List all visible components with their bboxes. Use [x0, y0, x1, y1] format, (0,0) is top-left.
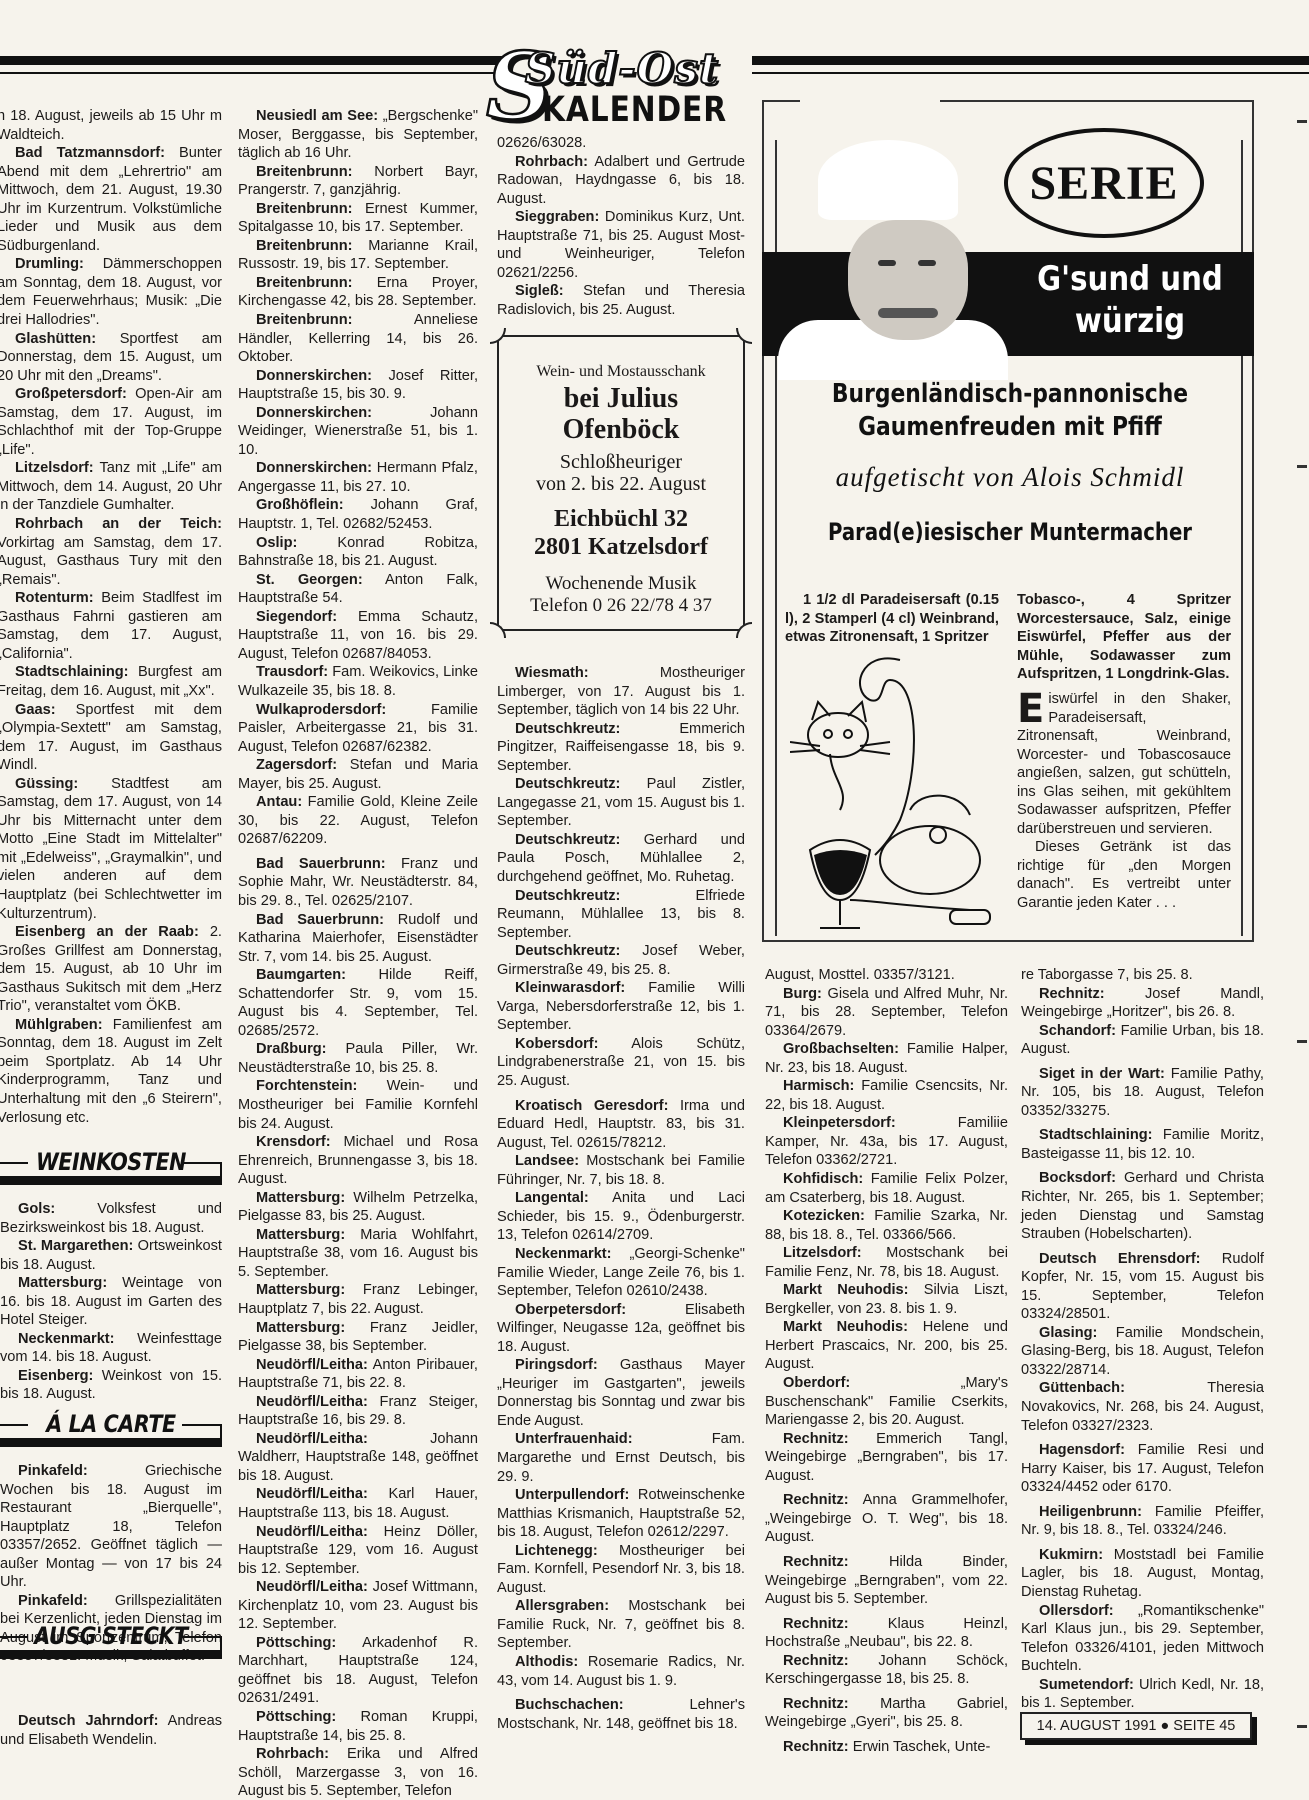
listing-entry: Donnerskirchen: Josef Ritter, Hauptstraß…: [238, 367, 478, 404]
listing-entry: Buchschachen: Lehner's Mostschank, Nr. 1…: [497, 1696, 745, 1733]
place-name: Rechnitz:: [1039, 986, 1105, 1002]
place-name: Rechnitz:: [783, 1739, 849, 1755]
issue-date: 14. AUGUST 1991: [1037, 1718, 1157, 1734]
listing-entry: Rechnitz: Erwin Taschek, Unte-: [765, 1738, 1008, 1757]
listing-entry: Sumetendorf: Ulrich Kedl, Nr. 18, bis 1.…: [1021, 1676, 1264, 1713]
listing-entry: Glashütten: Sportfest am Donnerstag, dem…: [0, 330, 222, 386]
place-name: Gols:: [18, 1201, 55, 1217]
place-name: Sigleß:: [515, 283, 564, 299]
place-name: Deutschkreutz:: [515, 943, 620, 959]
place-name: Kleinpetersdorf:: [783, 1115, 896, 1131]
listing-entry: Unterfrauenhaid: Fam. Margarethe und Ern…: [497, 1430, 745, 1486]
place-name: Sumetendorf:: [1039, 1677, 1134, 1693]
listing-entry: Pöttsching: Roman Kruppi, Hauptstraße 14…: [238, 1708, 478, 1745]
listing-entry: Sigleß: Stefan und Theresia Radislovich,…: [497, 282, 745, 319]
listing-entry: Wiesmath: Mostheuriger Limberger, von 17…: [497, 664, 745, 720]
place-name: Rechnitz:: [783, 1616, 849, 1632]
header-rule-right-thin: [752, 72, 1309, 74]
listing-entry: Glasing: Familie Mondschein, Glasing-Ber…: [1021, 1324, 1264, 1380]
ad-line: Wein- und Mostausschank: [499, 363, 743, 381]
listing-entry: Heiligenbrunn: Familie Pfeiffer, Nr. 9, …: [1021, 1503, 1264, 1540]
recipe-note: Dieses Getränk ist das richtige für „den…: [1017, 838, 1231, 912]
listing-entry: Breitenbrunn: Anneliese Händler, Kellerr…: [238, 311, 478, 367]
header-rule-left-thin: [0, 72, 510, 74]
recipe-ingredients-left: 1 1/2 dl Paradeisersaft (0.15 l), 2 Stam…: [785, 591, 999, 647]
place-name: Rechnitz:: [783, 1696, 849, 1712]
place-name: Draßburg:: [256, 1041, 327, 1057]
listing-entry: Neudörfl/Leitha: Anton Piribauer, Haupts…: [238, 1356, 478, 1393]
place-name: Harmisch:: [783, 1078, 854, 1094]
place-name: Markt Neuhodis:: [783, 1282, 909, 1298]
listing-entry: Markt Neuhodis: Silvia Liszt, Bergkeller…: [765, 1281, 1008, 1318]
listing-entry: Deutschkreutz: Paul Zistler, Langegasse …: [497, 775, 745, 831]
listing-entry: 02626/63028.: [497, 134, 745, 153]
listing-entry: Siget in der Wart: Familie Pathy, Nr. 10…: [1021, 1065, 1264, 1121]
place-name: Güttenbach:: [1039, 1380, 1125, 1396]
ad-address: Eichbüchl 322801 Katzelsdorf: [499, 505, 743, 561]
listing-entry: Krensdorf: Michael und Rosa Ehrenreich, …: [238, 1133, 478, 1189]
listing-entry: Burg: Gisela und Alfred Muhr, Nr. 71, bi…: [765, 985, 1008, 1041]
listing-entry: Kleinwarasdorf: Familie Willi Varga, Neb…: [497, 979, 745, 1035]
listing-entry: Breitenbrunn: Erna Proyer, Kirchengasse …: [238, 274, 478, 311]
place-name: Rohrbach:: [515, 154, 588, 170]
listing-entry: Deutsch Ehrensdorf: Rudolf Kopfer, Nr. 1…: [1021, 1250, 1264, 1324]
place-name: St. Margarethen:: [18, 1238, 133, 1254]
place-name: Mattersburg:: [256, 1282, 345, 1298]
listing-entry: Mattersburg: Maria Wohlfahrt, Hauptstraß…: [238, 1226, 478, 1282]
place-name: Oberpetersdorf:: [515, 1302, 626, 1318]
header-rule-left: [0, 56, 510, 65]
section-header-alacarte: Á LA CARTE: [0, 1410, 222, 1450]
place-name: Piringsdorf:: [515, 1357, 598, 1373]
place-name: Neudörfl/Leitha:: [256, 1524, 368, 1540]
listing-entry: Donnerskirchen: Johann Weidinger, Wiener…: [238, 404, 478, 460]
listing-entry: Kobersdorf: Alois Schütz, Lindgrabenerst…: [497, 1035, 745, 1091]
place-name: Neudörfl/Leitha:: [256, 1394, 368, 1410]
serie-band-title: G'sund und würzig: [1035, 258, 1224, 342]
section-header-weinkosten: WEINKOSTEN: [0, 1148, 222, 1188]
place-name: Heiligenbrunn:: [1039, 1504, 1142, 1520]
listing-entry: Stadtschlaining: Burgfest am Freitag, de…: [0, 663, 222, 700]
place-name: Deutschkreutz:: [515, 832, 620, 848]
listing-entry: Neusiedl am See: „Bergschenke" Moser, Be…: [238, 107, 478, 163]
place-name: Zagersdorf:: [256, 757, 337, 773]
place-name: Neudörfl/Leitha:: [256, 1431, 368, 1447]
listing-entry: Althodis: Rosemarie Radics, Nr. 43, vom …: [497, 1653, 745, 1690]
place-name: Kohfidisch:: [783, 1171, 863, 1187]
page-footer: 14. AUGUST 1991 ● SEITE 45: [1020, 1712, 1252, 1740]
listing-entry: Rechnitz: Johann Schöck, Kerschingergass…: [765, 1652, 1008, 1689]
place-name: Rohrbach:: [256, 1746, 329, 1762]
listing-entry: Gols: Volksfest und Bezirksweinkost bis …: [0, 1200, 222, 1237]
listing-entry: Großpetersdorf: Open-Air am Samstag, dem…: [0, 385, 222, 459]
listing-entry: Langental: Anita und Laci Schieder, bis …: [497, 1189, 745, 1245]
place-name: Rechnitz:: [783, 1554, 849, 1570]
place-name: Breitenbrunn:: [256, 275, 352, 291]
listing-entry: Rohrbach an der Teich: Vorkirtag am Sams…: [0, 515, 222, 589]
page-number: SEITE 45: [1173, 1718, 1235, 1734]
place-name: Bocksdorf:: [1039, 1170, 1116, 1186]
place-name: Allersgraben:: [515, 1598, 609, 1614]
listing-entry: Donnerskirchen: Hermann Pfalz, Angergass…: [238, 459, 478, 496]
place-name: Unterpullendorf:: [515, 1487, 629, 1503]
listing-entry: Hagensdorf: Familie Resi und Harry Kaise…: [1021, 1441, 1264, 1497]
listing-entry: Drumling: Dämmerschoppen am Sonntag, dem…: [0, 255, 222, 329]
listing-entry: Sieggraben: Dominikus Kurz, Unt. Hauptst…: [497, 208, 745, 282]
place-name: Oslip:: [256, 535, 297, 551]
listing-entry: Kotezicken: Familie Szarka, Nr. 88, bis …: [765, 1207, 1008, 1244]
place-name: Lichtenegg:: [515, 1543, 598, 1559]
listing-entry: Draßburg: Paula Piller, Wr. Neustädterst…: [238, 1040, 478, 1077]
listing-entry: Trausdorf: Fam. Weikovics, Linke Wulkaze…: [238, 663, 478, 700]
listing-entry: Bad Sauerbrunn: Rudolf und Katharina Mai…: [238, 911, 478, 967]
listing-entry: Großhöflein: Johann Graf, Hauptstr. 1, T…: [238, 496, 478, 533]
place-name: Wiesmath:: [515, 665, 589, 681]
column-1-events: n 18. August, jeweils ab 15 Uhr m Waldte…: [0, 107, 222, 1127]
ad-contact: Wochenende MusikTelefon 0 26 22/78 4 37: [499, 573, 743, 617]
place-name: Rohrbach an der Teich:: [15, 516, 222, 532]
recipe-ingredients-right: Tobasco-, 4 Spritzer Worcestersauce, Sal…: [1017, 591, 1231, 684]
place-name: Breitenbrunn:: [256, 164, 352, 180]
section-header-ausgsteckt: AUSG'STECKT: [0, 1622, 222, 1662]
place-name: Schandorf:: [1039, 1023, 1116, 1039]
ad-name: bei JuliusOfenböck: [499, 383, 743, 445]
listing-entry: Neudörfl/Leitha: Johann Waldherr, Haupts…: [238, 1430, 478, 1486]
place-name: Breitenbrunn:: [256, 238, 352, 254]
place-name: Pöttsching:: [256, 1635, 336, 1651]
listing-entry: Antau: Familie Gold, Kleine Zeile 30, bi…: [238, 793, 478, 849]
listing-entry: Güttenbach: Theresia Novakovics, Nr. 268…: [1021, 1379, 1264, 1435]
place-name: Antau:: [256, 794, 302, 810]
serie-stamp: SERIE: [1004, 128, 1204, 238]
column-2-heurigen: Neusiedl am See: „Bergschenke" Moser, Be…: [238, 107, 478, 1800]
place-name: Glashütten:: [15, 331, 96, 347]
place-name: Oberdorf:: [783, 1375, 850, 1391]
place-name: Landsee:: [515, 1153, 579, 1169]
listing-entry: Markt Neuhodis: Helene und Herbert Prasc…: [765, 1318, 1008, 1374]
recipe-title: Parad(e)iesischer Muntermacher: [821, 516, 1198, 548]
place-name: Krensdorf:: [256, 1134, 331, 1150]
column-3-top: 02626/63028.Rohrbach: Adalbert und Gertr…: [497, 134, 745, 319]
listing-entry: Allersgraben: Mostschank bei Familie Ruc…: [497, 1597, 745, 1653]
listing-entry: Mühlgraben: Familienfest am Sonntag, dem…: [0, 1016, 222, 1127]
place-name: Mattersburg:: [256, 1190, 345, 1206]
listing-entry: Oberpetersdorf: Elisabeth Wilfinger, Neu…: [497, 1301, 745, 1357]
recipe-method: E iswürfel in den Shaker, Paradeisersaft…: [1017, 690, 1231, 912]
listing-entry: Rechnitz: Martha Gabriel, Weingebirge „G…: [765, 1695, 1008, 1732]
place-name: Rechnitz:: [783, 1431, 849, 1447]
place-name: Neudörfl/Leitha:: [256, 1486, 368, 1502]
place-name: Litzelsdorf:: [15, 460, 94, 476]
place-name: Bad Sauerbrunn:: [256, 856, 386, 872]
place-name: Güssing:: [15, 776, 78, 792]
place-name: Unterfrauenhaid:: [515, 1431, 633, 1447]
listing-entry: Stadtschlaining: Familie Moritz, Basteig…: [1021, 1126, 1264, 1163]
place-name: Gaas:: [15, 702, 56, 718]
listing-entry: Mattersburg: Franz Lebinger, Hauptplatz …: [238, 1281, 478, 1318]
place-name: Kleinwarasdorf:: [515, 980, 625, 996]
listing-entry: Gaas: Sportfest mit dem „Olympia-Sextett…: [0, 701, 222, 775]
place-name: Deutschkreutz:: [515, 888, 620, 904]
drop-cap: E: [1017, 692, 1044, 726]
place-name: Deutsch Ehrensdorf:: [1039, 1251, 1201, 1267]
listing-entry: Rechnitz: Hilda Binder, Weingebirge „Ber…: [765, 1553, 1008, 1609]
listing-entry: August, Mosttel. 03357/3121.: [765, 966, 1008, 985]
listing-entry: n 18. August, jeweils ab 15 Uhr m Waldte…: [0, 107, 222, 144]
place-name: St. Georgen:: [256, 572, 363, 588]
place-name: Kotezicken:: [783, 1208, 865, 1224]
place-name: Kukmirn:: [1039, 1547, 1103, 1563]
listing-entry: Neckenmarkt: „Georgi-Schenke" Familie Wi…: [497, 1245, 745, 1301]
listing-entry: Ollersdorf: „Romantikschenke" Karl Klaus…: [1021, 1602, 1264, 1676]
place-name: Glasing:: [1039, 1325, 1097, 1341]
place-name: Mattersburg:: [18, 1275, 107, 1291]
place-name: Kroatisch Geresdorf:: [515, 1098, 668, 1114]
place-name: Trausdorf:: [256, 664, 328, 680]
chef-photo: [778, 180, 998, 370]
listing-entry: Rechnitz: Josef Mandl, Weingebirge „Hori…: [1021, 985, 1264, 1022]
listing-entry: Bocksdorf: Gerhard und Christa Richter, …: [1021, 1169, 1264, 1243]
listing-entry: Litzelsdorf: Mostschank bei Familie Fenz…: [765, 1244, 1008, 1281]
place-name: Mattersburg:: [256, 1227, 345, 1243]
ausgsteckt-list: Deutsch Jahrndorf: Andreas und Elisabeth…: [0, 1712, 222, 1749]
serie-byline: aufgetischt von Alois Schmidl: [780, 462, 1240, 493]
place-name: Breitenbrunn:: [256, 201, 352, 217]
place-name: Mattersburg:: [256, 1320, 345, 1336]
column-3-bottom: Wiesmath: Mostheuriger Limberger, von 17…: [497, 664, 745, 1733]
advertisement-ofenboeck: Wein- und Mostausschank bei JuliusOfenbö…: [497, 335, 745, 631]
place-name: Forchtenstein:: [256, 1078, 357, 1094]
place-name: Neusiedl am See:: [256, 108, 378, 124]
place-name: Donnerskirchen:: [256, 405, 372, 421]
place-name: Neudörfl/Leitha:: [256, 1357, 368, 1373]
place-name: Mühlgraben:: [15, 1017, 103, 1033]
listing-entry: Schandorf: Familie Urban, bis 18. August…: [1021, 1022, 1264, 1059]
place-name: Althodis:: [515, 1654, 578, 1670]
listing-entry: Mattersburg: Wilhelm Petrzelka, Pielgass…: [238, 1189, 478, 1226]
listing-entry: Mattersburg: Franz Jeidler, Pielgasse 38…: [238, 1319, 478, 1356]
place-name: Neckenmarkt:: [18, 1331, 115, 1347]
listing-entry: Kroatisch Geresdorf: Irma und Eduard Hed…: [497, 1097, 745, 1153]
listing-entry: St. Georgen: Anton Falk, Hauptstraße 54.: [238, 571, 478, 608]
place-name: Drumling:: [15, 256, 84, 272]
listing-entry: Deutschkreutz: Emmerich Pingitzer, Raiff…: [497, 720, 745, 776]
listing-entry: Rechnitz: Anna Grammelhofer, „Weingebirg…: [765, 1491, 1008, 1547]
listing-entry: Deutschkreutz: Josef Weber, Girmerstraße…: [497, 942, 745, 979]
place-name: Hagensdorf:: [1039, 1442, 1125, 1458]
place-name: Eisenberg an der Raab:: [15, 924, 199, 940]
place-name: Pöttsching:: [256, 1709, 336, 1725]
place-name: Donnerskirchen:: [256, 460, 372, 476]
section-title: Á LA CARTE: [16, 1410, 207, 1438]
listing-entry: Landsee: Mostschank bei Familie Führinge…: [497, 1152, 745, 1189]
place-name: Wulkaprodersdorf:: [256, 702, 386, 718]
place-name: Stadtschlaining:: [15, 664, 129, 680]
listing-entry: Bad Tatzmannsdorf: Bunter Abend mit dem …: [0, 144, 222, 255]
listing-entry: Piringsdorf: Gasthaus Mayer „Heuriger im…: [497, 1356, 745, 1430]
listing-entry: Großbachselten: Familie Halper, Nr. 23, …: [765, 1040, 1008, 1077]
column-5-mostschank: re Taborgasse 7, bis 25. 8.Rechnitz: Jos…: [1021, 966, 1264, 1713]
listing-entry: Eisenberg an der Raab: 2. Großes Grillfe…: [0, 923, 222, 1016]
place-name: Deutschkreutz:: [515, 721, 620, 737]
header-rule-right: [752, 56, 1309, 65]
listing-entry: Oberdorf: „Mary's Buschenschank" Familie…: [765, 1374, 1008, 1430]
listing-entry: Mattersburg: Weintage von 16. bis 18. Au…: [0, 1274, 222, 1330]
listing-entry: Pinkafeld: Griechische Wochen bis 18. Au…: [0, 1462, 222, 1592]
place-name: Siegendorf:: [256, 609, 337, 625]
place-name: Rechnitz:: [783, 1492, 849, 1508]
place-name: Kobersdorf:: [515, 1036, 599, 1052]
place-name: Neudörfl/Leitha:: [256, 1579, 368, 1595]
place-name: Baumgarten:: [256, 967, 346, 983]
listing-entry: Kleinpetersdorf: Familiie Kamper, Nr. 43…: [765, 1114, 1008, 1170]
listing-entry: Baumgarten: Hilde Reiff, Schattendorfer …: [238, 966, 478, 1040]
listing-entry: Deutsch Jahrndorf: Andreas und Elisabeth…: [0, 1712, 222, 1749]
place-name: Rotenturm:: [15, 590, 94, 606]
place-name: Deutschkreutz:: [515, 776, 620, 792]
masthead-script: Süd-Ost: [525, 44, 719, 93]
listing-entry: Neudörfl/Leitha: Franz Steiger, Hauptstr…: [238, 1393, 478, 1430]
place-name: Bad Tatzmannsdorf:: [15, 145, 165, 161]
listing-entry: Kukmirn: Moststadl bei Familie Lagler, b…: [1021, 1546, 1264, 1602]
place-name: Markt Neuhodis:: [783, 1319, 908, 1335]
place-name: Breitenbrunn:: [256, 312, 352, 328]
listing-entry: Rotenturm: Beim Stadlfest im Gasthaus Fa…: [0, 589, 222, 663]
place-name: Burg:: [783, 986, 822, 1002]
place-name: Großbachselten:: [783, 1041, 899, 1057]
listing-entry: Rechnitz: Klaus Heinzl, Hochstraße „Neub…: [765, 1615, 1008, 1652]
listing-entry: Neckenmarkt: Weinfesttage vom 14. bis 18…: [0, 1330, 222, 1367]
listing-entry: Breitenbrunn: Marianne Krail, Russostr. …: [238, 237, 478, 274]
serie-headline: Burgenländisch-pannonische Gaumenfreuden…: [817, 378, 1203, 444]
listing-entry: Kohfidisch: Familie Felix Polzer, am Csa…: [765, 1170, 1008, 1207]
listing-entry: Forchtenstein: Wein- und Mostheuriger be…: [238, 1077, 478, 1133]
listing-entry: Deutschkreutz: Gerhard und Paula Posch, …: [497, 831, 745, 887]
place-name: Rechnitz:: [783, 1653, 849, 1669]
listing-entry: Eisenberg: Weinkost von 15. bis 18. Augu…: [0, 1367, 222, 1404]
place-name: Eisenberg:: [18, 1368, 93, 1384]
place-name: Donnerskirchen:: [256, 368, 372, 384]
place-name: Buchschachen:: [515, 1697, 624, 1713]
bullet-icon: ●: [1161, 1718, 1170, 1734]
listing-entry: Harmisch: Familie Csencsits, Nr. 22, bis…: [765, 1077, 1008, 1114]
listing-entry: Wulkaprodersdorf: Familie Paisler, Arbei…: [238, 701, 478, 757]
place-name: Großpetersdorf:: [15, 386, 127, 402]
cartoon-illustration-icon: [790, 650, 1010, 940]
section-title: WEINKOSTEN: [16, 1148, 207, 1176]
place-name: Stadtschlaining:: [1039, 1127, 1153, 1143]
section-title: AUSG'STECKT: [16, 1622, 207, 1650]
listing-entry: Neudörfl/Leitha: Heinz Döller, Hauptstra…: [238, 1523, 478, 1579]
place-name: Pinkafeld:: [18, 1593, 88, 1609]
place-name: Bad Sauerbrunn:: [256, 912, 384, 928]
listing-entry: Rohrbach: Erika und Alfred Schöll, Marze…: [238, 1745, 478, 1800]
listing-entry: Güssing: Stadtfest am Samstag, dem 17. A…: [0, 775, 222, 923]
listing-entry: Zagersdorf: Stefan und Maria Mayer, bis …: [238, 756, 478, 793]
masthead-word: KALENDER: [542, 90, 727, 130]
place-name: Großhöflein:: [256, 497, 344, 513]
listing-entry: Breitenbrunn: Norbert Bayr, Prangerstr. …: [238, 163, 478, 200]
listing-entry: Bad Sauerbrunn: Franz und Sophie Mahr, W…: [238, 855, 478, 911]
weinkosten-list: Gols: Volksfest und Bezirksweinkost bis …: [0, 1200, 222, 1404]
listing-entry: re Taborgasse 7, bis 25. 8.: [1021, 966, 1264, 985]
ad-subtitle: Schloßheurigervon 2. bis 22. August: [499, 451, 743, 495]
listing-entry: Lichtenegg: Mostheuriger bei Fam. Kornfe…: [497, 1542, 745, 1598]
listing-entry: Pöttsching: Arkadenhof R. Marchhart, Hau…: [238, 1634, 478, 1708]
column-4-mostschank: August, Mosttel. 03357/3121.Burg: Gisela…: [765, 966, 1008, 1756]
place-name: Langental:: [515, 1190, 589, 1206]
place-name: Siget in der Wart:: [1039, 1066, 1165, 1082]
listing-entry: Deutschkreutz: Elfriede Reumann, Mühlall…: [497, 887, 745, 943]
place-name: Litzelsdorf:: [783, 1245, 862, 1261]
place-name: Ollersdorf:: [1039, 1603, 1114, 1619]
listing-entry: Unterpullendorf: Rotweinschenke Matthias…: [497, 1486, 745, 1542]
listing-entry: Litzelsdorf: Tanz mit „Life" am Mittwoch…: [0, 459, 222, 515]
place-name: Sieggraben:: [515, 209, 599, 225]
listing-entry: Siegendorf: Emma Schautz, Hauptstraße 11…: [238, 608, 478, 664]
place-name: Neckenmarkt:: [515, 1246, 612, 1262]
listing-entry: Breitenbrunn: Ernest Kummer, Spitalgasse…: [238, 200, 478, 237]
listing-entry: St. Margarethen: Ortsweinkost bis 18. Au…: [0, 1237, 222, 1274]
masthead-logo: S Süd-Ost KALENDER: [490, 46, 760, 130]
listing-entry: Rohrbach: Adalbert und Gertrude Radowan,…: [497, 153, 745, 209]
listing-entry: Rechnitz: Emmerich Tangl, Weingebirge „B…: [765, 1430, 1008, 1486]
listing-entry: Neudörfl/Leitha: Karl Hauer, Hauptstraße…: [238, 1485, 478, 1522]
listing-entry: Oslip: Konrad Robitza, Bahnstraße 18, bi…: [238, 534, 478, 571]
listing-entry: Neudörfl/Leitha: Josef Wittmann, Kirchen…: [238, 1578, 478, 1634]
place-name: Pinkafeld:: [18, 1463, 88, 1479]
place-name: Deutsch Jahrndorf:: [18, 1713, 159, 1729]
